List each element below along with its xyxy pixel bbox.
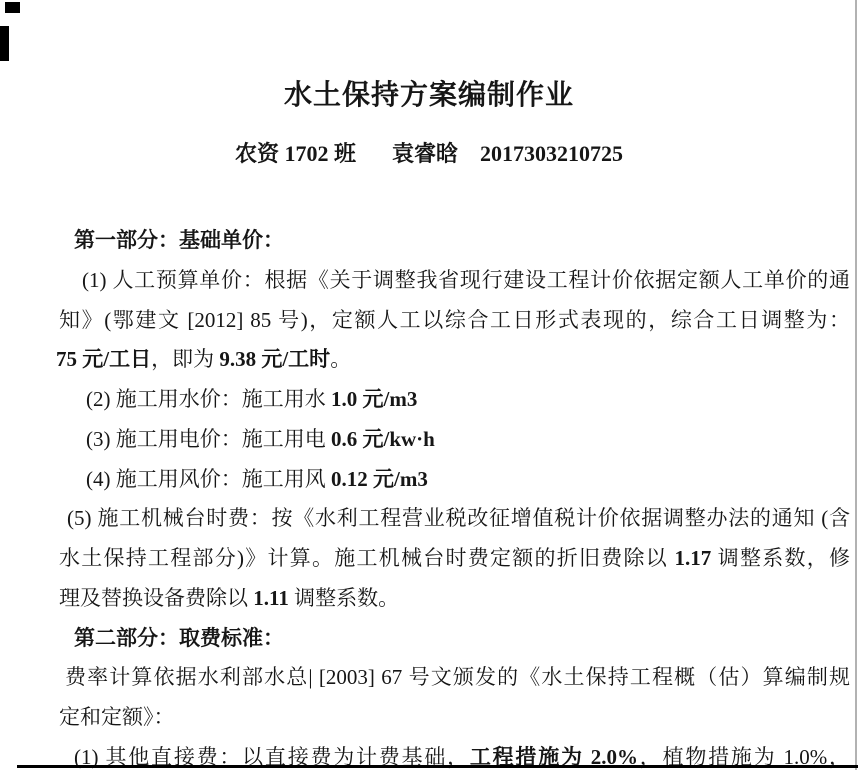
text-line: (4) 施工用风价：施工用风 0.12 元/m3 (86, 460, 850, 500)
document-page: { "colors": { "page_background": "#fffff… (0, 0, 858, 770)
bold-text-segment: 1.17 (675, 546, 712, 570)
text-line: (2) 施工用水价：施工用水 1.0 元/m3 (86, 380, 850, 420)
text-segment: ，即为 (151, 347, 219, 371)
author-line: 农资 1702 班 袁睿晗 2017303210725 (0, 139, 858, 169)
text-line: 75 元/工日，即为 9.38 元/工时。 (56, 340, 850, 380)
text-segment: 费率计算依据水利部水总| [2003] 67 号文颁发的《水土保持工程概（估）算… (65, 665, 850, 689)
text-segment: (5) 施工机械台时费：按《水利工程营业税改征增值税计价依据调整办法的通知 (含 (67, 506, 850, 530)
text-line: (3) 施工用电价：施工用电 0.6 元/kw·h (86, 420, 850, 460)
bold-text-segment: 0.12 元/m3 (331, 467, 428, 491)
section-heading: 第一部分：基础单价： (74, 221, 850, 261)
page-title: 水土保持方案编制作业 (0, 79, 858, 113)
text-line: 费率计算依据水利部水总| [2003] 67 号文颁发的《水土保持工程概（估）算… (65, 658, 850, 698)
bold-text-segment: 第一部分：基础单价： (74, 228, 284, 252)
bold-text-segment: 1.0 元/m3 (331, 387, 417, 411)
text-line: 定和定额》： (59, 698, 850, 738)
text-segment: 知》(鄂建文 [2012] 85 号)，定额人工以综合工日形式表现的，综合工日调… (59, 308, 850, 332)
bold-text-segment: 9.38 元/工时 (219, 347, 330, 371)
text-segment: (1) 人工预算单价：根据《关于调整我省现行建设工程计价依据定额人工单价的通 (82, 268, 850, 292)
bold-text-segment: 第二部分：取费标准： (74, 626, 284, 650)
class-name: 农资 1702 班 (235, 139, 356, 169)
text-line: 知》(鄂建文 [2012] 85 号)，定额人工以综合工日形式表现的，综合工日调… (59, 301, 850, 341)
text-line: 水土保持工程部分)》计算。施工机械台时费定额的折旧费除以 1.17 调整系数，修 (59, 539, 850, 579)
text-segment: 定和定额》： (59, 705, 175, 729)
text-segment: 理及替换设备费除以 (59, 586, 253, 610)
text-segment: 调整系数。 (289, 586, 399, 610)
page-bottom-cutoff-line (17, 765, 858, 768)
text-line: (1) 人工预算单价：根据《关于调整我省现行建设工程计价依据定额人工单价的通 (82, 261, 850, 301)
student-id: 2017303210725 (480, 139, 623, 169)
text-segment: (3) 施工用电价：施工用电 (86, 427, 331, 451)
student-name: 袁睿晗 (392, 139, 458, 169)
text-segment: 水土保持工程部分)》计算。施工机械台时费定额的折旧费除以 (59, 546, 675, 570)
text-segment: 调整系数，修 (711, 546, 850, 570)
section-heading: 第二部分：取费标准： (74, 619, 850, 659)
bold-text-segment: 1.11 (253, 586, 289, 610)
bold-text-segment: 75 元/工日 (56, 347, 151, 371)
bold-text-segment: 0.6 元/kw·h (331, 427, 435, 451)
document-body: 第一部分：基础单价：(1) 人工预算单价：根据《关于调整我省现行建设工程计价依据… (0, 221, 858, 770)
text-segment: (4) 施工用风价：施工用风 (86, 467, 331, 491)
text-line: (5) 施工机械台时费：按《水利工程营业税改征增值税计价依据调整办法的通知 (含 (67, 499, 850, 539)
scan-artifact-mark-left (0, 26, 9, 61)
text-segment: (2) 施工用水价：施工用水 (86, 387, 331, 411)
scan-artifact-mark-top (5, 2, 20, 13)
text-line: 理及替换设备费除以 1.11 调整系数。 (59, 579, 850, 619)
text-segment: 。 (330, 347, 351, 371)
